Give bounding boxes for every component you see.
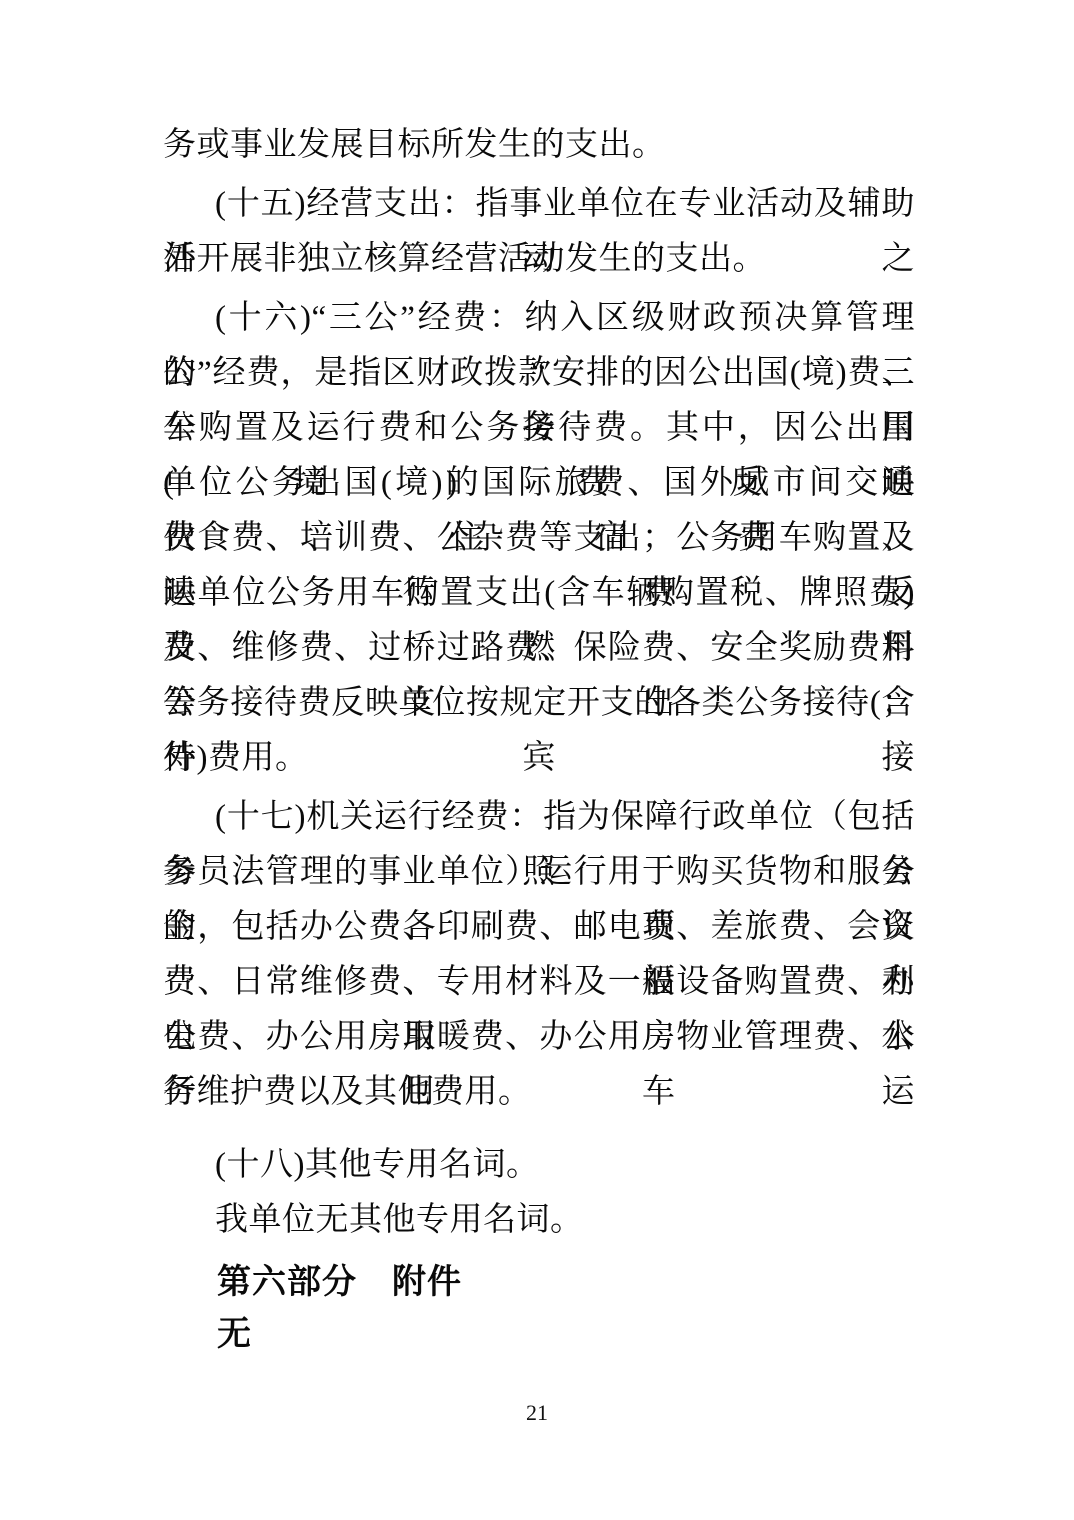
text-line: 费、维修费、过桥过路费、保险费、安全奖励费用等支出；: [163, 621, 915, 676]
document-page: 务或事业发展目标所发生的支出。 (十五)经营支出：指事业单位在专业活动及辅助活动…: [0, 0, 1074, 1520]
text-line: 务员法管理的事业单位）运行用于购买货物和服务的各项资: [163, 845, 915, 900]
text-line: 电费、办公用房取暖费、办公用房物业管理费、公务用车运: [163, 1010, 915, 1065]
text-line: 公”经费，是指区财政拨款安排的因公出国(境)费、公务用: [163, 346, 915, 401]
text-line: 务或事业发展目标所发生的支出。: [163, 118, 915, 173]
page-number: 21: [0, 1398, 1074, 1428]
text-line: (十六)“三公”经费：纳入区级财政预决算管理的“三: [163, 291, 915, 346]
section-heading: 第六部分 附件: [163, 1256, 915, 1308]
text-line: 公务接待费反映单位按规定开支的各类公务接待(含外宾接: [163, 676, 915, 731]
text-line: 费、日常维修费、专用材料及一般设备购置费、办公用房水: [163, 955, 915, 1010]
text-line: 单位公务出国(境)的国际旅费、国外城市间交通费、住宿费、: [163, 456, 915, 511]
text-line: 伙食费、培训费、公杂费等支出；公务用车购置及运行费反: [163, 511, 915, 566]
text-line: 车购置及运行费和公务接待费。其中，因公出国(境)费反映: [163, 401, 915, 456]
attachment-none-text: 无: [163, 1308, 915, 1360]
text-line: (十五)经营支出：指事业单位在专业活动及辅助活动之: [163, 177, 915, 232]
text-line: 映单位公务用车购置支出(含车辆购置税、牌照费)及燃料: [163, 566, 915, 621]
text-line: 我单位无其他专用名词。: [163, 1193, 915, 1248]
text-line: (十七)机关运行经费：指为保障行政单位（包括参照公: [163, 790, 915, 845]
text-line: (十八)其他专用名词。: [163, 1138, 915, 1193]
text-block: 务或事业发展目标所发生的支出。 (十五)经营支出：指事业单位在专业活动及辅助活动…: [163, 118, 915, 1360]
text-line: 金，包括办公费、印刷费、邮电费、差旅费、会议费、福利: [163, 900, 915, 955]
